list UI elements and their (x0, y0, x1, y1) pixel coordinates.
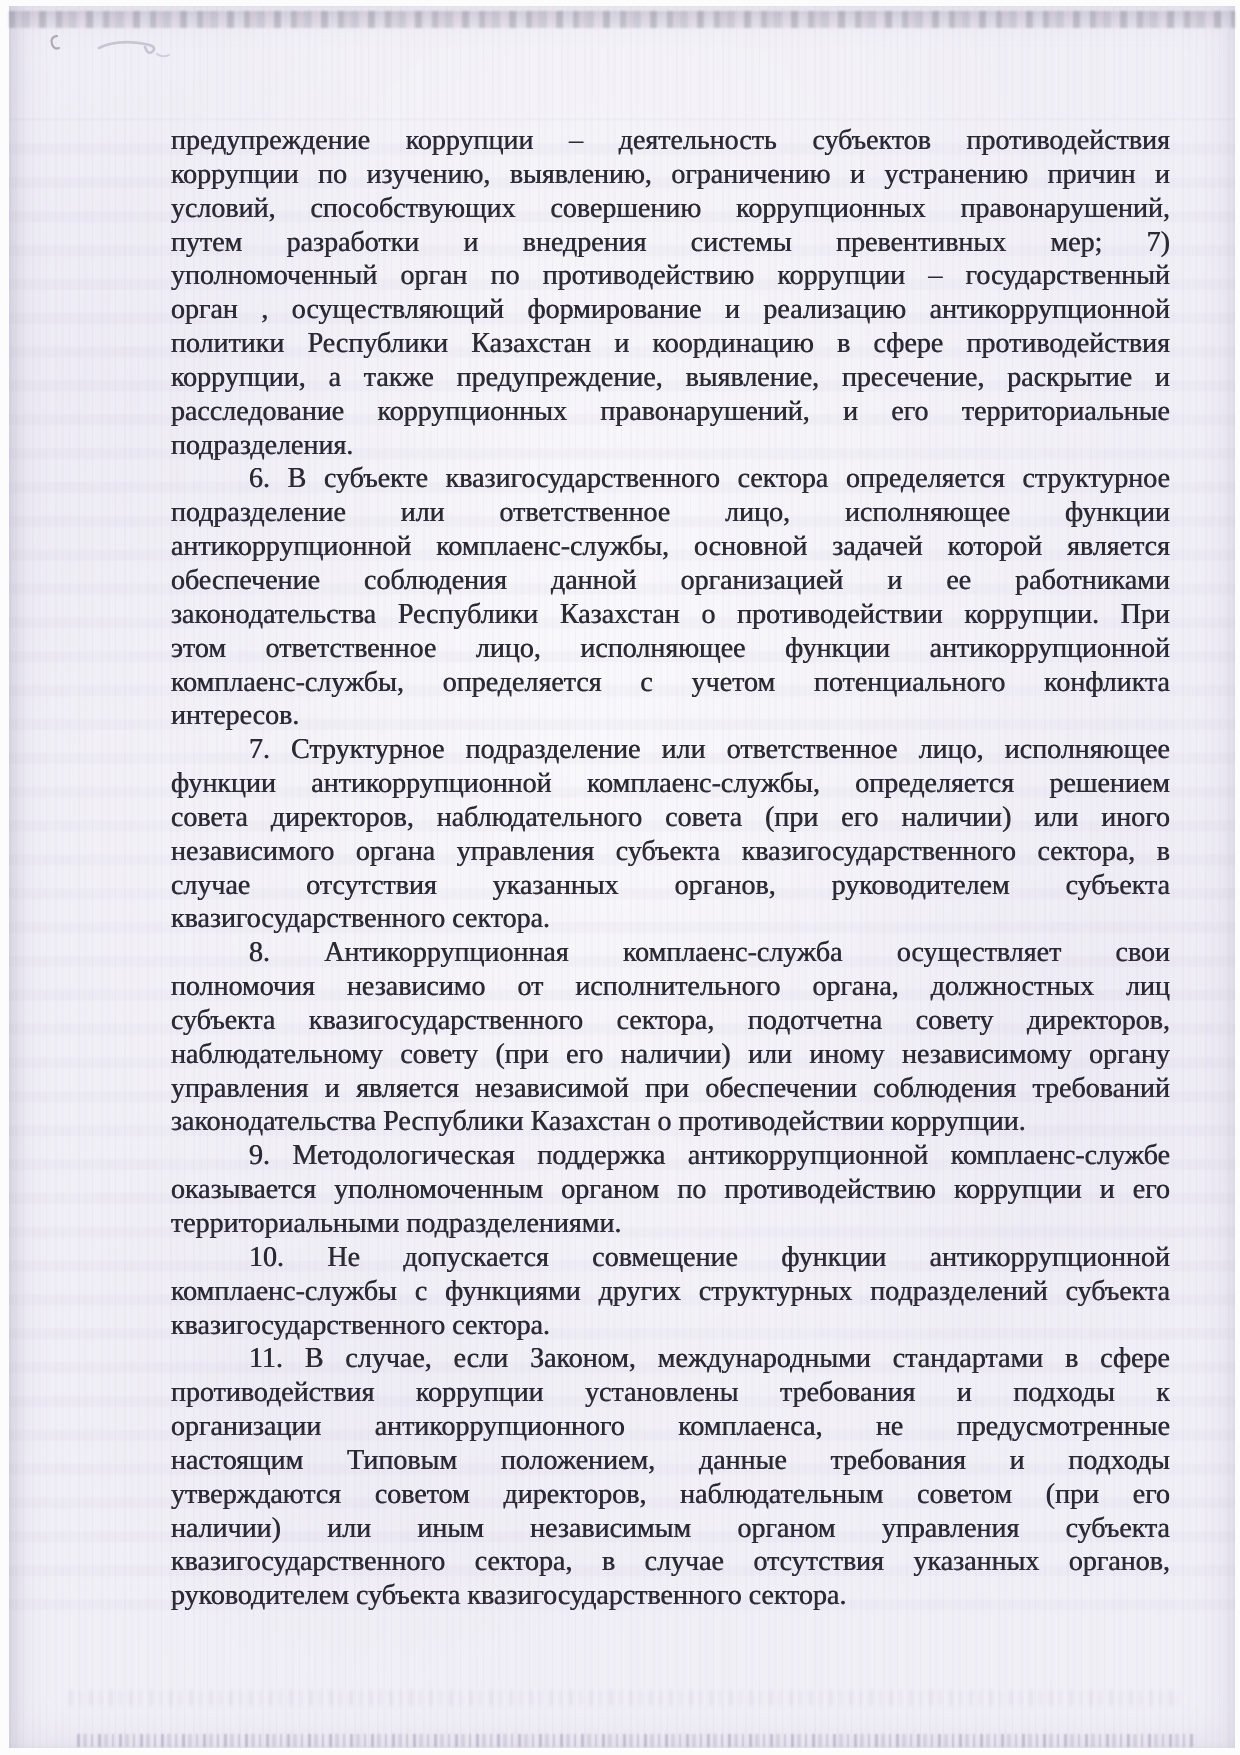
text-line: оказывается уполномоченным органом по пр… (171, 1173, 1170, 1207)
paragraph: 6. В субъекте квазигосударственного сект… (171, 462, 1170, 733)
paragraph: 7. Структурное подразделение или ответст… (171, 733, 1170, 936)
text-line: противодействия коррупции установлены тр… (171, 1376, 1170, 1410)
text-line: функции антикоррупционной комплаенс-служ… (171, 767, 1170, 801)
text-line: подразделения. (171, 429, 1170, 463)
text-line: расследование коррупционных правонарушен… (171, 395, 1170, 429)
text-line: руководителем субъекта квазигосударствен… (171, 1579, 1170, 1613)
text-line: управления и является независимой при об… (171, 1072, 1170, 1106)
paragraph: 10. Не допускается совмещение функции ан… (171, 1241, 1170, 1343)
text-line: комплаенс-службы, определяется с учетом … (171, 666, 1170, 700)
paragraph: 9. Методологическая поддержка антикорруп… (171, 1139, 1170, 1241)
text-line: 9. Методологическая поддержка антикорруп… (171, 1139, 1170, 1173)
text-line: настоящим Типовым положением, данные тре… (171, 1444, 1170, 1478)
text-line: путем разработки и внедрения системы пре… (171, 226, 1170, 260)
text-line: 6. В субъекте квазигосударственного сект… (171, 462, 1170, 496)
text-line: утверждаются советом директоров, наблюда… (171, 1478, 1170, 1512)
text-line: наблюдательному совету (при его наличии)… (171, 1038, 1170, 1072)
text-line: коррупции, а также предупреждение, выявл… (171, 361, 1170, 395)
text-line: 7. Структурное подразделение или ответст… (171, 733, 1170, 767)
text-line: 11. В случае, если Законом, международны… (171, 1342, 1170, 1376)
text-line: предупреждение коррупции – деятельность … (171, 124, 1170, 158)
text-line: 8. Антикоррупционная комплаенс-служба ос… (171, 936, 1170, 970)
text-line: политики Республики Казахстан и координа… (171, 327, 1170, 361)
text-line: субъекта квазигосударственного сектора, … (171, 1004, 1170, 1038)
scanned-page: предупреждение коррупции – деятельность … (9, 6, 1235, 1748)
text-line: квазигосударственного сектора. (171, 1309, 1170, 1343)
text-line: квазигосударственного сектора, в случае … (171, 1545, 1170, 1579)
text-line: антикоррупционной комплаенс-службы, осно… (171, 530, 1170, 564)
bleedthrough-smudge-upper (69, 1690, 1180, 1706)
text-line: 10. Не допускается совмещение функции ан… (171, 1241, 1170, 1275)
bleedthrough-smudge-lower (77, 1734, 1193, 1747)
paragraph: 8. Антикоррупционная комплаенс-служба ос… (171, 936, 1170, 1139)
text-line: законодательства Республики Казахстан о … (171, 1105, 1170, 1139)
text-line: независимого органа управления субъекта … (171, 835, 1170, 869)
text-line: случае отсутствия указанных органов, рук… (171, 869, 1170, 903)
text-line: территориальными подразделениями. (171, 1207, 1170, 1241)
paragraph: 11. В случае, если Законом, международны… (171, 1342, 1170, 1613)
text-line: коррупции по изучению, выявлению, ограни… (171, 158, 1170, 192)
pen-mark-squiggle (39, 24, 209, 68)
text-line: совета директоров, наблюдательного совет… (171, 801, 1170, 835)
text-line: обеспечение соблюдения данной организаци… (171, 564, 1170, 598)
text-line: интересов. (171, 699, 1170, 733)
text-line: уполномоченный орган по противодействию … (171, 259, 1170, 293)
text-line: подразделение или ответственное лицо, ис… (171, 496, 1170, 530)
text-line: наличии) или иным независимым органом уп… (171, 1512, 1170, 1546)
paragraph: предупреждение коррупции – деятельность … (171, 124, 1170, 462)
text-line: законодательства Республики Казахстан о … (171, 598, 1170, 632)
text-line: орган , осуществляющий формирование и ре… (171, 293, 1170, 327)
text-line: полномочия независимо от исполнительного… (171, 970, 1170, 1004)
document-text: предупреждение коррупции – деятельность … (171, 124, 1170, 1613)
text-line: этом ответственное лицо, исполняющее фун… (171, 632, 1170, 666)
text-line: квазигосударственного сектора. (171, 902, 1170, 936)
text-line: условий, способствующих совершению корру… (171, 192, 1170, 226)
text-line: комплаенс-службы с функциями других стру… (171, 1275, 1170, 1309)
text-line: организации антикоррупционного комплаенс… (171, 1410, 1170, 1444)
